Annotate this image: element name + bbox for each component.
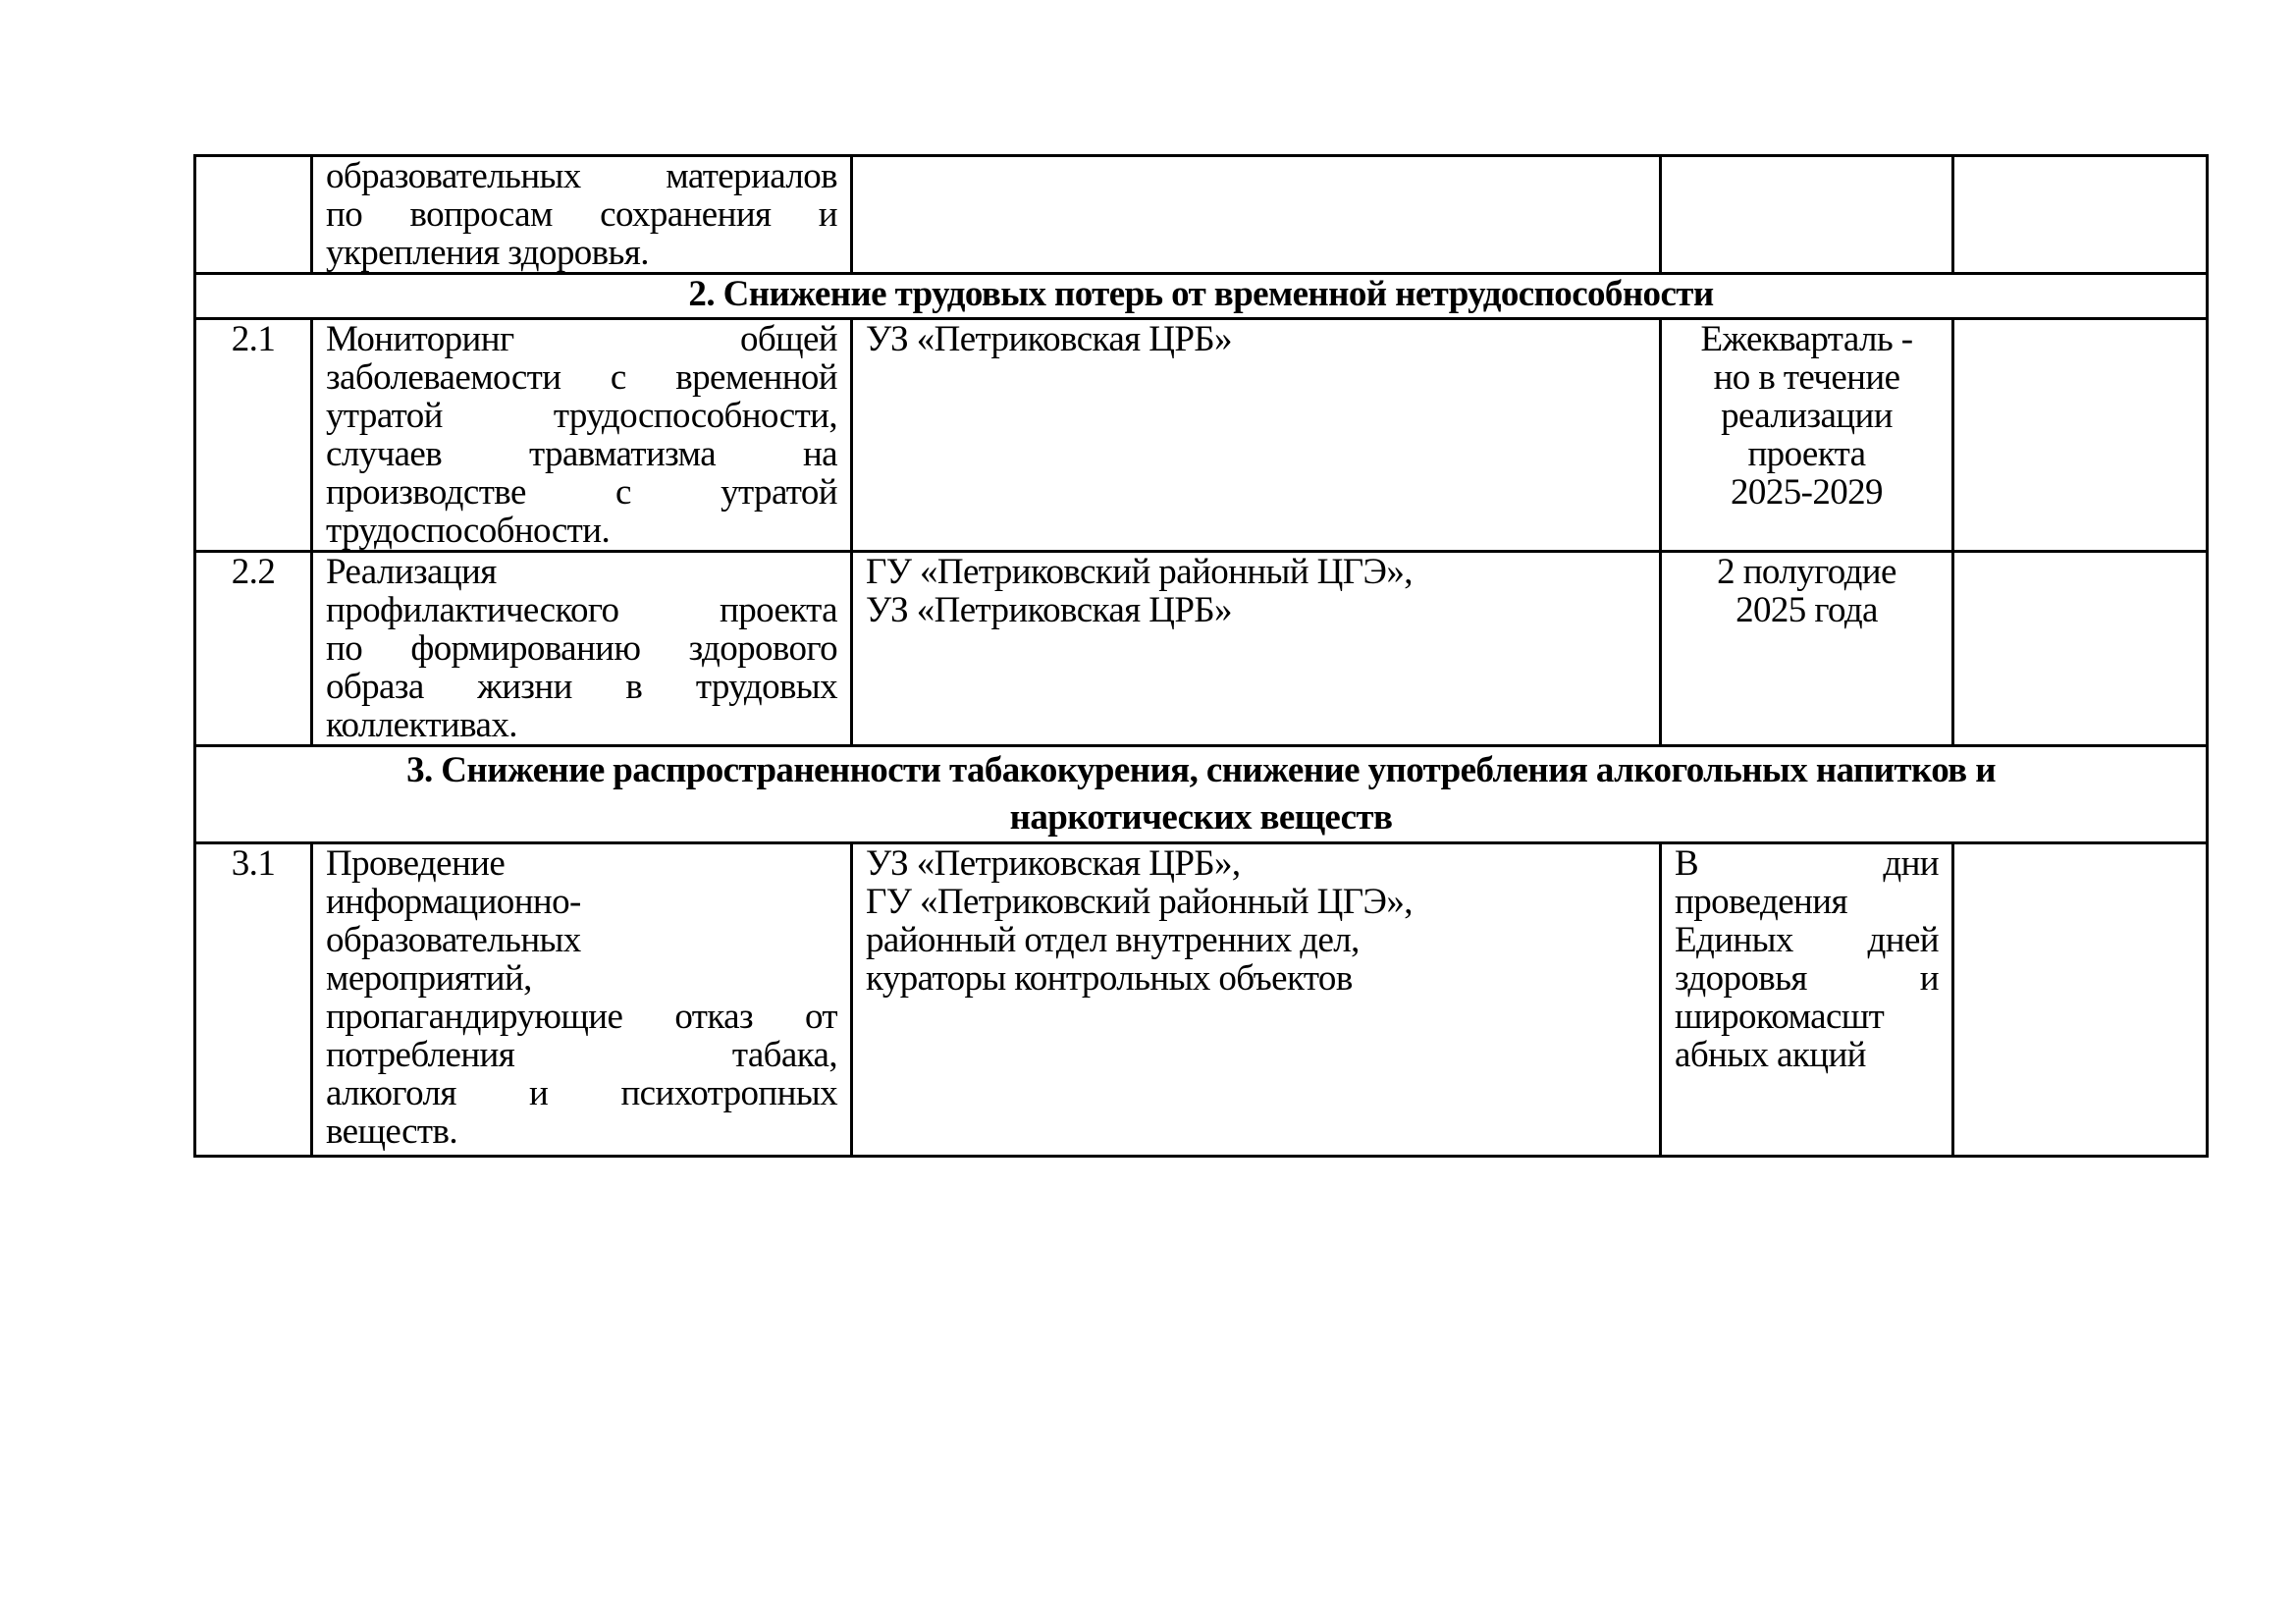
section-title-line: 3. Снижение распространенности табакокур…	[209, 747, 2193, 794]
activity-line: укрепления здоровья.	[326, 234, 837, 272]
action-plan-table: образовательных материалов по вопросам с…	[193, 154, 2209, 1158]
term-line: В дни	[1675, 844, 1939, 883]
term-line: проведения	[1675, 883, 1939, 921]
table-row: 2.1 Мониторинг общей заболеваемости с вр…	[195, 319, 2208, 552]
cell-note	[1953, 552, 2208, 746]
term-line: проекта	[1675, 435, 1939, 473]
activity-line: по формированию здорового	[326, 629, 837, 668]
term-line: 2025-2029	[1675, 473, 1939, 512]
responsible-line: ГУ «Петриковский районный ЦГЭ»,	[866, 883, 1646, 921]
responsible-line: УЗ «Петриковская ЦРБ»	[866, 320, 1646, 358]
cell-responsible: УЗ «Петриковская ЦРБ», ГУ «Петриковский …	[852, 843, 1661, 1157]
activity-line: профилактического проекта	[326, 591, 837, 629]
term-line: 2025 года	[1675, 591, 1939, 629]
activity-line: Проведение	[326, 844, 837, 883]
section-header-row: 2. Снижение трудовых потерь от временной…	[195, 274, 2208, 319]
responsible-line: кураторы контрольных объектов	[866, 959, 1646, 998]
table-row-continuation: образовательных материалов по вопросам с…	[195, 156, 2208, 274]
term-line: широкомасшт	[1675, 998, 1939, 1036]
activity-line: по вопросам сохранения и	[326, 195, 837, 234]
document-page: образовательных материалов по вопросам с…	[0, 0, 2296, 1624]
cell-note	[1953, 319, 2208, 552]
activity-line: информационно-	[326, 883, 837, 921]
term-line: Единых дней	[1675, 921, 1939, 959]
cell-term	[1661, 156, 1953, 274]
section-title: 3. Снижение распространенности табакокур…	[195, 746, 2208, 843]
term-line: абных акций	[1675, 1036, 1939, 1074]
table-row: 3.1 Проведение информационно- образовате…	[195, 843, 2208, 1157]
cell-activity: Мониторинг общей заболеваемости с времен…	[312, 319, 852, 552]
cell-term: 2 полугодие 2025 года	[1661, 552, 1953, 746]
activity-line: образа жизни в трудовых	[326, 668, 837, 706]
cell-number	[195, 156, 312, 274]
activity-line: образовательных	[326, 921, 837, 959]
term-line: здоровья и	[1675, 959, 1939, 998]
activity-line: Мониторинг общей	[326, 320, 837, 358]
cell-activity: образовательных материалов по вопросам с…	[312, 156, 852, 274]
cell-responsible	[852, 156, 1661, 274]
cell-activity: Проведение информационно- образовательны…	[312, 843, 852, 1157]
activity-line: потребления табака,	[326, 1036, 837, 1074]
cell-number: 3.1	[195, 843, 312, 1157]
responsible-line: районный отдел внутренних дел,	[866, 921, 1646, 959]
table-row: 2.2 Реализация профилактического проекта…	[195, 552, 2208, 746]
term-line: 2 полугодие	[1675, 553, 1939, 591]
term-line: но в течение	[1675, 358, 1939, 397]
responsible-line: УЗ «Петриковская ЦРБ»,	[866, 844, 1646, 883]
activity-line: пропагандирующие отказ от	[326, 998, 837, 1036]
cell-number: 2.1	[195, 319, 312, 552]
activity-line: мероприятий,	[326, 959, 837, 998]
activity-line: производстве с утратой	[326, 473, 837, 512]
cell-term: Ежекварталь - но в течение реализации пр…	[1661, 319, 1953, 552]
cell-activity: Реализация профилактического проекта по …	[312, 552, 852, 746]
section-header-row: 3. Снижение распространенности табакокур…	[195, 746, 2208, 843]
cell-responsible: УЗ «Петриковская ЦРБ»	[852, 319, 1661, 552]
activity-line: образовательных материалов	[326, 157, 837, 195]
section-title-line: наркотических веществ	[209, 794, 2193, 841]
section-title: 2. Снижение трудовых потерь от временной…	[195, 274, 2208, 319]
cell-note	[1953, 156, 2208, 274]
cell-number: 2.2	[195, 552, 312, 746]
cell-responsible: ГУ «Петриковский районный ЦГЭ», УЗ «Петр…	[852, 552, 1661, 746]
responsible-line: УЗ «Петриковская ЦРБ»	[866, 591, 1646, 629]
activity-line: алкоголя и психотропных	[326, 1074, 837, 1112]
activity-line: утратой трудоспособности,	[326, 397, 837, 435]
term-line: Ежекварталь -	[1675, 320, 1939, 358]
cell-term: В дни проведения Единых дней здоровья и …	[1661, 843, 1953, 1157]
term-line: реализации	[1675, 397, 1939, 435]
activity-line: Реализация	[326, 553, 837, 591]
activity-line: заболеваемости с временной	[326, 358, 837, 397]
responsible-line: ГУ «Петриковский районный ЦГЭ»,	[866, 553, 1646, 591]
cell-note	[1953, 843, 2208, 1157]
activity-line: веществ.	[326, 1112, 837, 1151]
activity-line: коллективах.	[326, 706, 837, 744]
activity-line: случаев травматизма на	[326, 435, 837, 473]
activity-line: трудоспособности.	[326, 512, 837, 550]
